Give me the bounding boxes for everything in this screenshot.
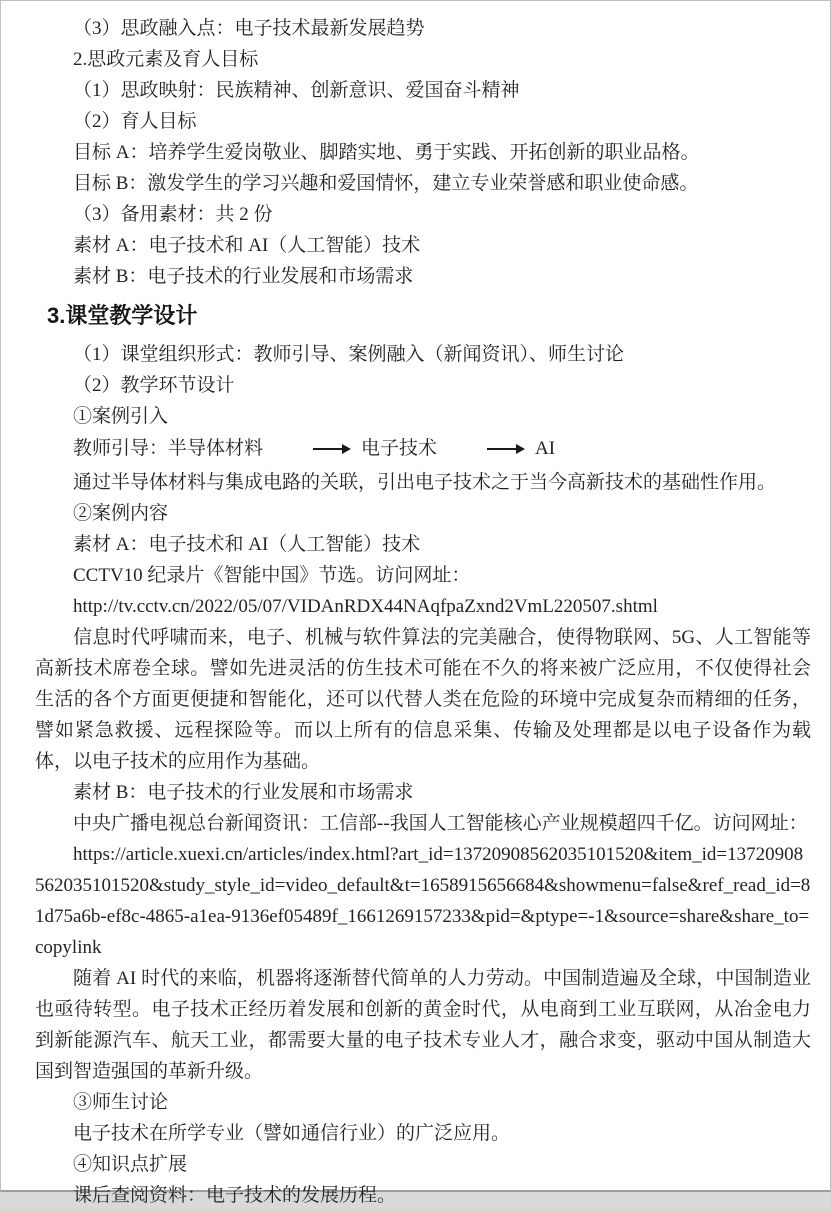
doc-line-material-a: 素材 A：电子技术和 AI（人工智能）技术 [35,230,811,261]
doc-line-goal-a: 目标 A：培养学生爱岗敬业、脚踏实地、勇于实践、开拓创新的职业品格。 [35,137,811,168]
doc-line-material-b: 素材 B：电子技术的行业发展和市场需求 [35,261,811,292]
doc-paragraph-ai-era: 随着 AI 时代的来临，机器将逐渐替代简单的人力劳动。中国制造遍及全球，中国制造… [35,963,811,1087]
document-page: （3）思政融入点：电子技术最新发展趋势 2.思政元素及育人目标 （1）思政映射：… [0,0,831,1192]
doc-line-case-intro-title: ①案例引入 [35,401,811,432]
right-arrow-icon [449,432,525,463]
doc-line-section2-title: 2.思政元素及育人目标 [35,44,811,75]
flow-step-ai: AI [535,438,555,459]
right-arrow-icon [275,432,351,463]
doc-line-class-organization: （1）课堂组织形式：教师引导、案例融入（新闻资讯）、师生讨论 [35,339,811,370]
section3-heading-classroom-design: 3.课堂教学设计 [47,299,811,332]
doc-line-sizheng-integration-point: （3）思政融入点：电子技术最新发展趋势 [35,13,811,44]
right-arrow-shaft [313,448,343,450]
doc-line-case-intro-explain: 通过半导体材料与集成电路的关联，引出电子技术之于当今高新技术的基础性作用。 [35,467,811,498]
right-arrow-head [516,444,525,454]
flow-step-electronics: 电子技术 [361,438,437,459]
doc-line-discussion-title: ③师生讨论 [35,1087,811,1118]
doc-line-education-goal-title: （2）育人目标 [35,106,811,137]
doc-line-teacher-guide-flow: 教师引导：半导体材料电子技术AI [35,432,811,467]
doc-line-after-class-reading: 课后查阅资料：电子技术的发展历程。 [35,1180,811,1200]
doc-line-knowledge-extension-title: ④知识点扩展 [35,1149,811,1180]
right-arrow-head [342,444,351,454]
doc-line-backup-materials: （3）备用素材：共 2 份 [35,199,811,230]
doc-line-sizheng-mapping: （1）思政映射：民族精神、创新意识、爱国奋斗精神 [35,75,811,106]
doc-line-material-b-repeat: 素材 B：电子技术的行业发展和市场需求 [35,777,811,808]
flow-step-semiconductor: 教师引导：半导体材料 [73,438,263,459]
doc-line-goal-b: 目标 B：激发学生的学习兴趣和爱国情怀，建立专业荣誉感和职业使命感。 [35,168,811,199]
doc-line-case-content-title: ②案例内容 [35,498,811,529]
doc-line-news-source: 中央广播电视总台新闻资讯：工信部--我国人工智能核心产业规模超四千亿。访问网址： [35,808,811,839]
doc-line-teaching-steps-title: （2）教学环节设计 [35,370,811,401]
doc-line-cctv-url: http://tv.cctv.cn/2022/05/07/VIDAnRDX44N… [35,591,811,622]
doc-line-material-a-repeat: 素材 A：电子技术和 AI（人工智能）技术 [35,529,811,560]
right-arrow-shaft [487,448,517,450]
doc-paragraph-information-age: 信息时代呼啸而来，电子、机械与软件算法的完美融合，使得物联网、5G、人工智能等高… [35,622,811,777]
doc-line-cctv-source: CCTV10 纪录片《智能中国》节选。访问网址： [35,560,811,591]
doc-line-discussion-content: 电子技术在所学专业（譬如通信行业）的广泛应用。 [35,1118,811,1149]
doc-line-xuexi-url: https://article.xuexi.cn/articles/index.… [35,839,811,963]
